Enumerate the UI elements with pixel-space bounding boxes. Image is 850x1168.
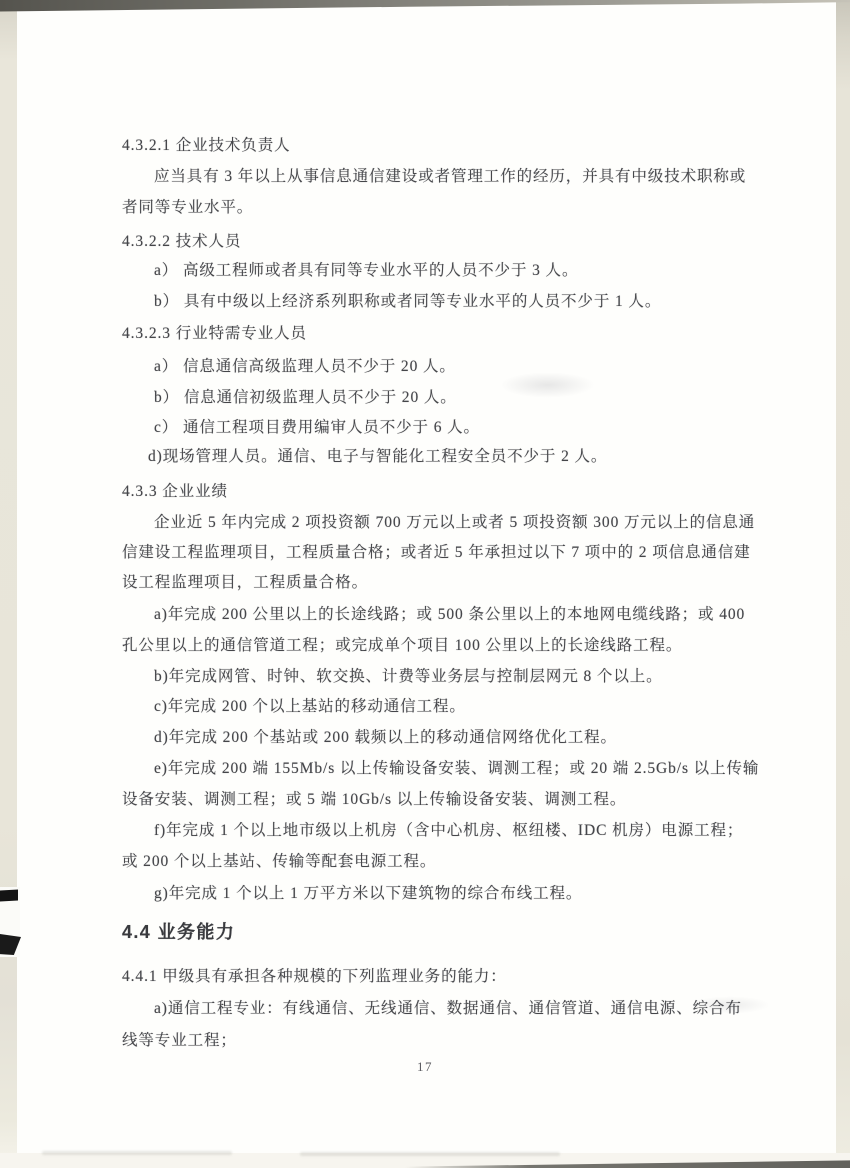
subsection-heading: 4.3.3 企业业绩	[122, 481, 228, 502]
text-line: 设备安装、调测工程；或 5 端 10Gb/s 以上传输设备安装、调测工程。	[122, 789, 626, 810]
scan-streak	[42, 1151, 232, 1155]
scan-border-right	[836, 0, 850, 1168]
text-line: 孔公里以上的通信管道工程；或完成单个项目 100 公里以上的长途线路工程。	[122, 635, 682, 656]
text-line: 或 200 个以上基站、传输等配套电源工程。	[122, 851, 436, 872]
list-item: a） 高级工程师或者具有同等专业水平的人员不少于 3 人。	[154, 260, 578, 281]
section-title: 4.4 业务能力	[122, 922, 235, 943]
scan-streak	[300, 1152, 560, 1156]
text-line: 设工程监理项目，工程质量合格。	[122, 572, 368, 593]
scanned-document-page: 4.3.2.1 企业技术负责人 应当具有 3 年以上从事信息通信建设或者管理工作…	[0, 0, 850, 1168]
list-item: a)年完成 200 公里以上的长途线路；或 500 条公里以上的本地网电缆线路；…	[154, 604, 745, 625]
list-item: b） 信息通信初级监理人员不少于 20 人。	[154, 387, 457, 408]
list-item: b)年完成网管、时钟、软交换、计费等业务层与控制层网元 8 个以上。	[154, 666, 663, 687]
list-item: b） 具有中级以上经济系列职称或者同等专业水平的人员不少于 1 人。	[154, 291, 661, 312]
subsection-heading: 4.3.2.1 企业技术负责人	[122, 135, 291, 156]
text-line: 应当具有 3 年以上从事信息通信建设或者管理工作的经历，并具有中级技术职称或	[154, 166, 746, 187]
text-line: 者同等专业水平。	[122, 197, 253, 218]
pencil-smudge	[500, 372, 595, 398]
subsection-heading: 4.3.2.2 技术人员	[122, 231, 241, 252]
text-line: 信建设工程监理项目，工程质量合格；或者近 5 年承担过以下 7 项中的 2 项信…	[122, 542, 751, 563]
text-line: 线等专业工程；	[122, 1030, 237, 1051]
list-item: d)年完成 200 个基站或 200 载频以上的移动通信网络优化工程。	[154, 727, 617, 748]
scanner-shadow-top	[0, 0, 850, 13]
scan-border-left	[0, 0, 17, 1168]
list-item: d)现场管理人员。通信、电子与智能化工程安全员不少于 2 人。	[148, 446, 607, 467]
text-line: 企业近 5 年内完成 2 项投资额 700 万元以上或者 5 项投资额 300 …	[154, 512, 755, 533]
list-item: a)通信工程专业：有线通信、无线通信、数据通信、通信管道、通信电源、综合布	[154, 998, 742, 1019]
list-item: f)年完成 1 个以上地市级以上机房（含中心机房、枢纽楼、IDC 机房）电源工程…	[154, 820, 743, 841]
subsection-heading: 4.3.2.3 行业特需专业人员	[122, 323, 307, 344]
subsection-heading: 4.4.1 甲级具有承担各种规模的下列监理业务的能力：	[122, 966, 507, 987]
list-item: c)年完成 200 个以上基站的移动通信工程。	[154, 696, 466, 717]
list-item: c） 通信工程项目费用编审人员不少于 6 人。	[154, 417, 480, 438]
list-item: g)年完成 1 个以上 1 万平方米以下建筑物的综合布线工程。	[154, 883, 582, 904]
edge-binding-mark	[0, 890, 18, 902]
list-item: e)年完成 200 端 155Mb/s 以上传输设备安装、调测工程；或 20 端…	[154, 758, 759, 779]
list-item: a） 信息通信高级监理人员不少于 20 人。	[154, 356, 456, 377]
page-number: 17	[0, 1059, 850, 1075]
